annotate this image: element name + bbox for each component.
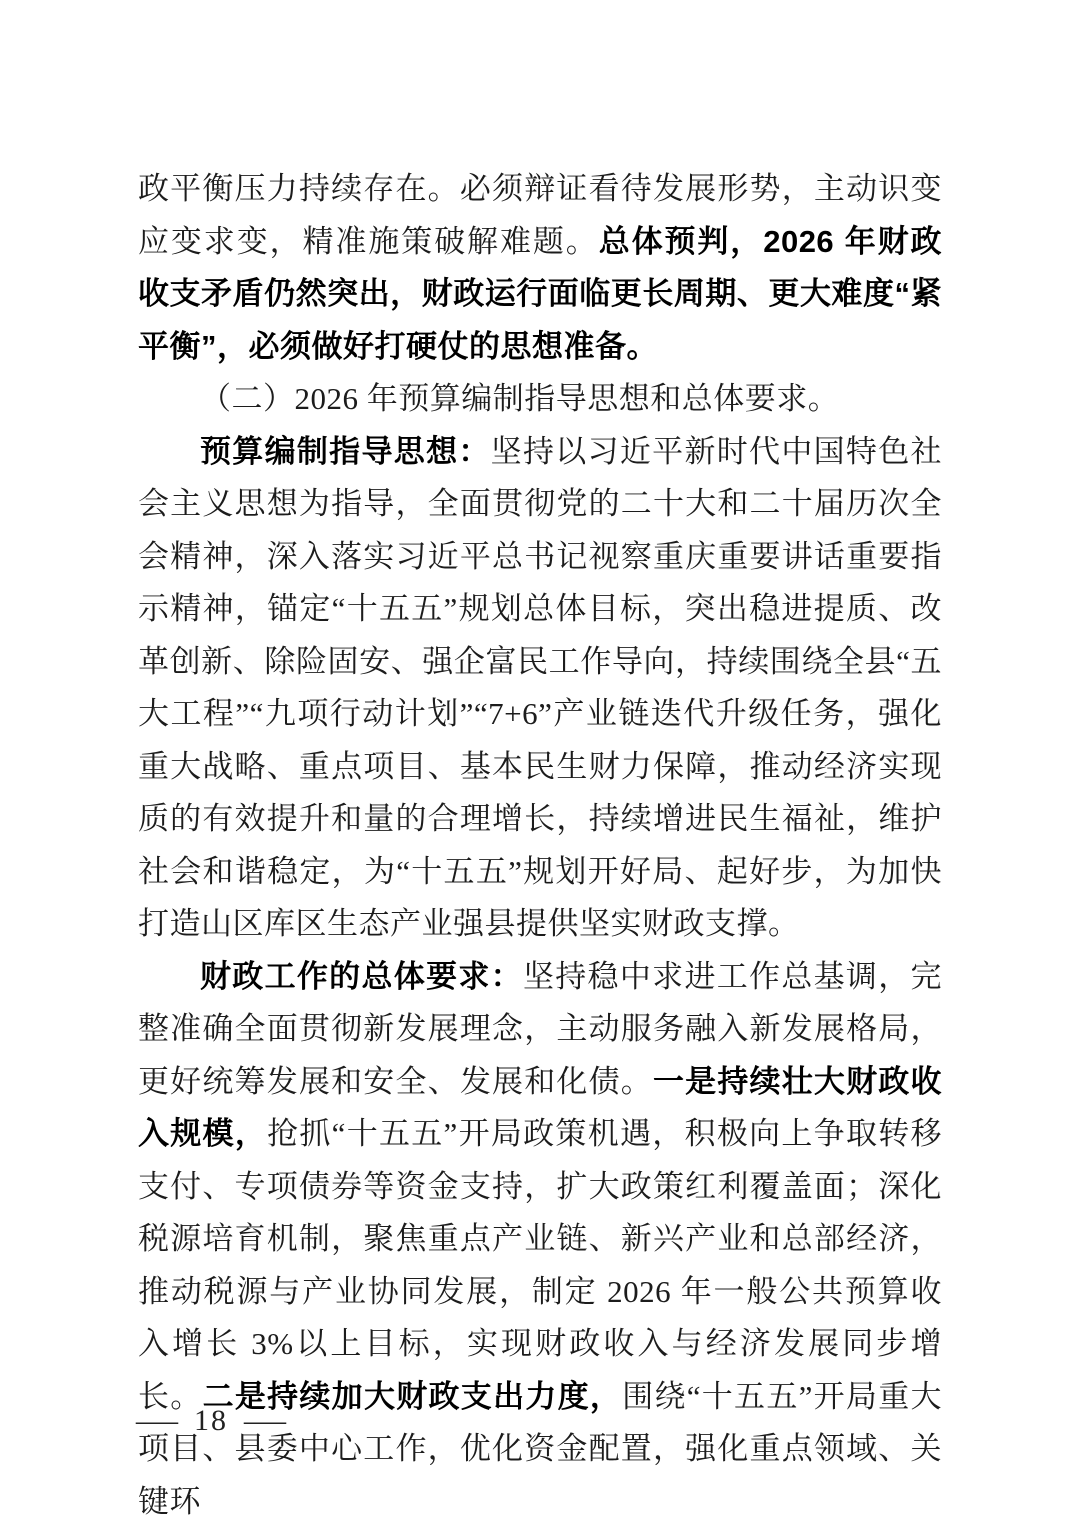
section-heading: （二）2026 年预算编制指导思想和总体要求。 — [138, 373, 942, 426]
document-body-text: 政平衡压力持续存在。必须辩证看待发展形势，主动识变应变求变，精准施策破解难题。总… — [138, 163, 942, 1520]
paragraph-label-bold: 预算编制指导思想： — [200, 434, 491, 469]
paragraph-label-bold: 财政工作的总体要求： — [200, 959, 523, 994]
body-text-run: 坚持以习近平新时代中国特色社会主义思想为指导，全面贯彻党的二十大和二十届历次全会… — [138, 434, 942, 942]
footer-dash-right: — — [244, 1403, 286, 1439]
page-footer: —18— — [138, 1403, 284, 1439]
body-text-run: 抢抓“十五五”开局政策机遇，积极向上争取转移支付、专项债券等资金支持，扩大政策红… — [138, 1116, 942, 1414]
page-number: 18 — [194, 1403, 228, 1439]
document-page: 政平衡压力持续存在。必须辩证看待发展形势，主动识变应变求变，精准施策破解难题。总… — [0, 0, 1074, 1520]
paragraph-guiding-ideology: 预算编制指导思想：坚持以习近平新时代中国特色社会主义思想为指导，全面贯彻党的二十… — [138, 426, 942, 951]
paragraph-fiscal-situation: 政平衡压力持续存在。必须辩证看待发展形势，主动识变应变求变，精准施策破解难题。总… — [138, 163, 942, 373]
footer-dash-left: — — [136, 1403, 178, 1439]
